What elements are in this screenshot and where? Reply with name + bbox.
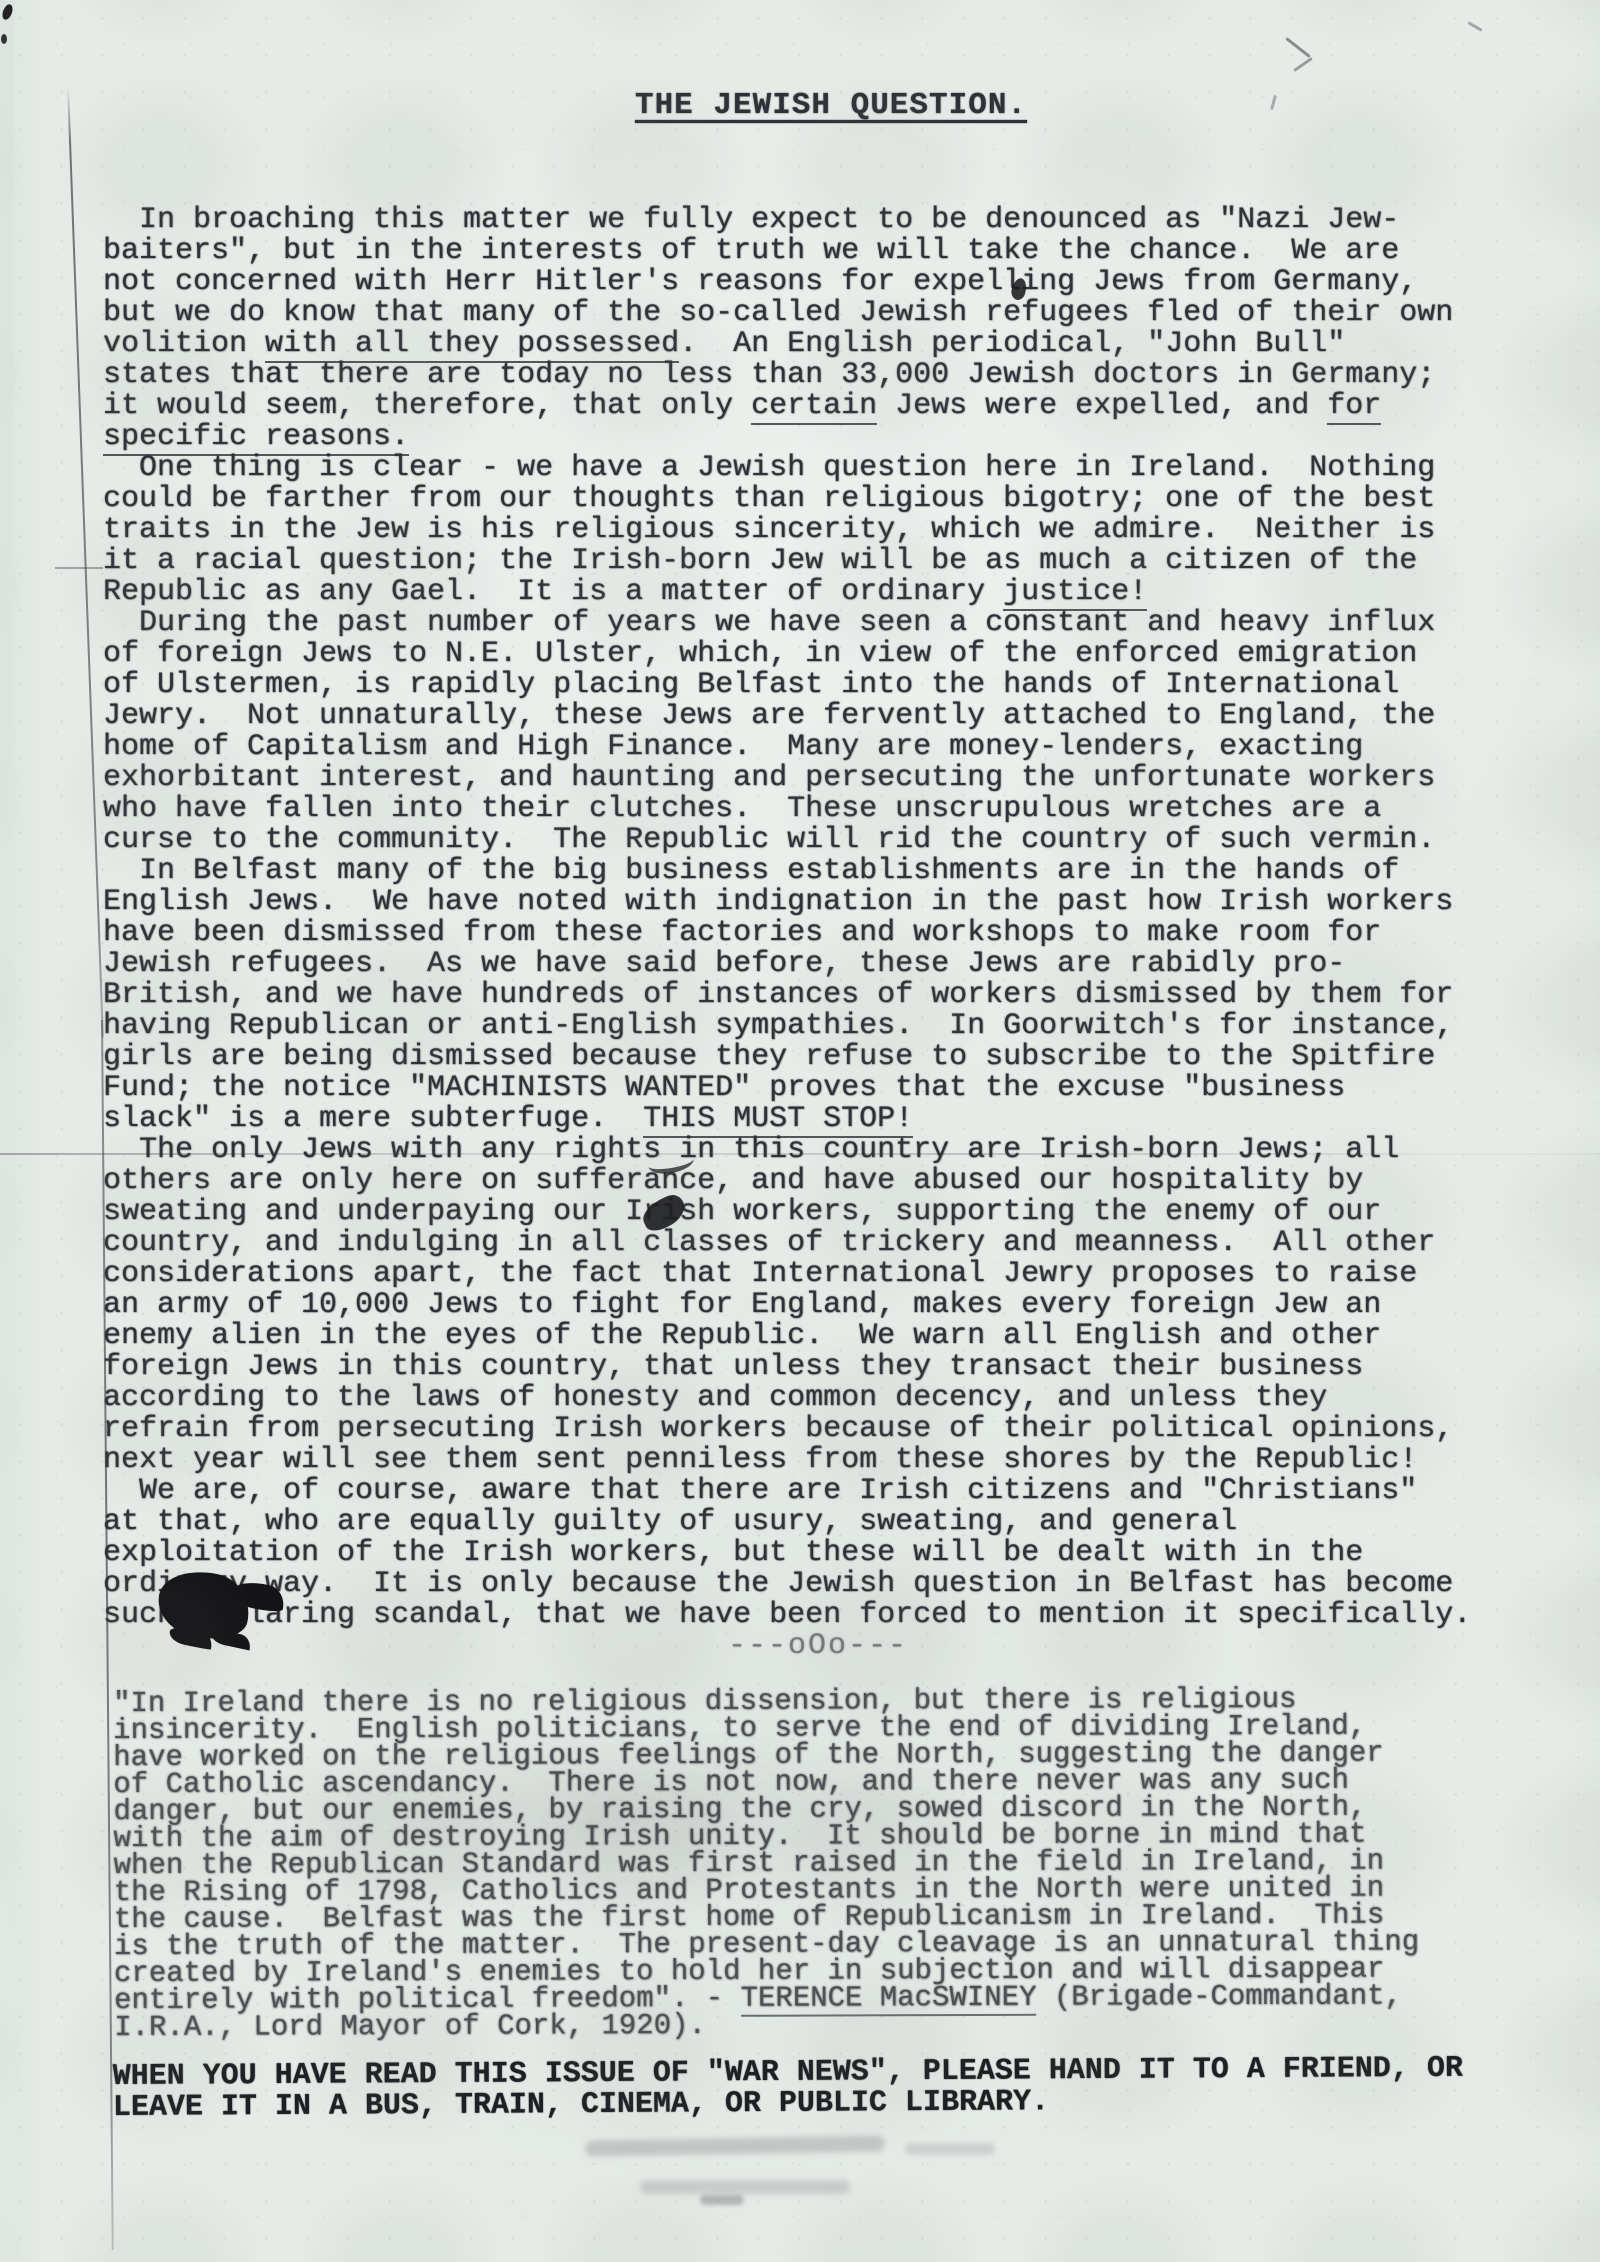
paragraph-2: One thing is clear - we have a Jewish qu… [103,453,1533,608]
section-separator: ---oOo--- [103,1631,1533,1662]
paragraph-4: In Belfast many of the big business esta… [103,856,1533,1135]
show-through-smudge [585,2135,885,2156]
paragraph-6: We are, of course, aware that there are … [103,1476,1533,1631]
text-line: of foreign Jews to N.E. Ulster, which, i… [103,639,1533,670]
text-line: I.R.A., Lord Mayor of Cork, 1920). [114,2009,1534,2041]
paper-left-edge [0,0,14,2262]
paragraph-1: In broaching this matter we fully expect… [103,205,1533,453]
text-line: Jewish refugees. As we have said before,… [103,949,1533,980]
text-line: slack" is a mere subterfuge. THIS MUST S… [103,1104,1533,1135]
text-line: Republic as any Gael. It is a matter of … [103,577,1533,608]
quotation-paragraph: "In Ireland there is no religious dissen… [113,1685,1534,2041]
text-line: but we do know that many of the so-calle… [103,298,1533,329]
text-line: not concerned with Herr Hitler's reasons… [103,267,1533,298]
text-line: according to the laws of honesty and com… [103,1383,1533,1414]
text-line: at that, who are equally guilty of usury… [103,1507,1533,1538]
text-line: specific reasons. [103,422,1533,453]
fold-crease-vertical-upper [67,86,104,1037]
text-line: an army of 10,000 Jews to fight for Engl… [103,1290,1533,1321]
underlined-text: for [1327,389,1381,425]
show-through-smudge [640,2180,850,2194]
text-line: country, and indulging in all classes of… [103,1228,1533,1259]
text-line: who have fallen into their clutches. The… [103,794,1533,825]
text-line: having Republican or anti-English sympat… [103,1011,1533,1042]
text-line: considerations apart, the fact that Inte… [103,1259,1533,1290]
text-line: sweating and underpaying our Irish worke… [103,1197,1533,1228]
text-line: it a racial question; the Irish-born Jew… [103,546,1533,577]
text-line: English Jews. We have noted with indigna… [103,887,1533,918]
paragraph-3: During the past number of years we have … [103,608,1533,856]
text-line: traits in the Jew is his religious since… [103,515,1533,546]
text-line: In broaching this matter we fully expect… [103,205,1533,236]
scanned-document-page: THE JEWISH QUESTION. In broaching this m… [0,0,1600,2262]
text-line: states that there are today no less than… [103,360,1533,391]
underlined-text: certain [751,389,877,425]
text-line: it would seem, therefore, that only cert… [103,391,1533,422]
text-line: home of Capitalism and High Finance. Man… [103,732,1533,763]
document-title: THE JEWISH QUESTION. [635,90,1027,121]
text-line: of Ulstermen, is rapidly placing Belfast… [103,670,1533,701]
text-line: Fund; the notice "MACHINISTS WANTED" pro… [103,1073,1533,1104]
text-line: enemy alien in the eyes of the Republic.… [103,1321,1533,1352]
pencil-mark [1467,21,1482,32]
document-content: THE JEWISH QUESTION. In broaching this m… [103,90,1533,2124]
text-line: ordinary way. It is only because the Jew… [103,1569,1533,1600]
text-line: During the past number of years we have … [103,608,1533,639]
text-line: refrain from persecuting Irish workers b… [103,1414,1533,1445]
distribution-notice: WHEN YOU HAVE READ THIS ISSUE OF "WAR NE… [113,2053,1533,2124]
text-line: foreign Jews in this country, that unles… [103,1352,1533,1383]
text-line: exhorbitant interest, and haunting and p… [103,763,1533,794]
text-line: We are, of course, aware that there are … [103,1476,1533,1507]
text-line: LEAVE IT IN A BUS, TRAIN, CINEMA, OR PUB… [113,2084,1533,2124]
text-line: One thing is clear - we have a Jewish qu… [103,453,1533,484]
text-line: next year will see them sent penniless f… [103,1445,1533,1476]
text-line: girls are being dismissed because they r… [103,1042,1533,1073]
paragraph-5: The only Jews with any rights in this co… [103,1135,1533,1476]
text-line: could be farther from our thoughts than … [103,484,1533,515]
scan-speck [1,34,7,44]
text-line: curse to the community. The Republic wil… [103,825,1533,856]
text-line: have been dismissed from these factories… [103,918,1533,949]
text-line: Jewry. Not unnaturally, these Jews are f… [103,701,1533,732]
text-line: volition with all they possessed. An Eng… [103,329,1533,360]
text-line: In Belfast many of the big business esta… [103,856,1533,887]
show-through-smudge [700,2195,744,2205]
margin-tick-mark [55,567,103,569]
text-line: British, and we have hundreds of instanc… [103,980,1533,1011]
text-line: such a glaring scandal, that we have bee… [103,1600,1533,1631]
text-line: others are only here on sufferance, and … [103,1166,1533,1197]
text-line: baiters", but in the interests of truth … [103,236,1533,267]
text-line: The only Jews with any rights in this co… [103,1135,1533,1166]
pencil-mark [1285,37,1310,58]
text-line: exploitation of the Irish workers, but t… [103,1538,1533,1569]
pencil-mark [1293,57,1313,72]
show-through-smudge [905,2143,995,2155]
